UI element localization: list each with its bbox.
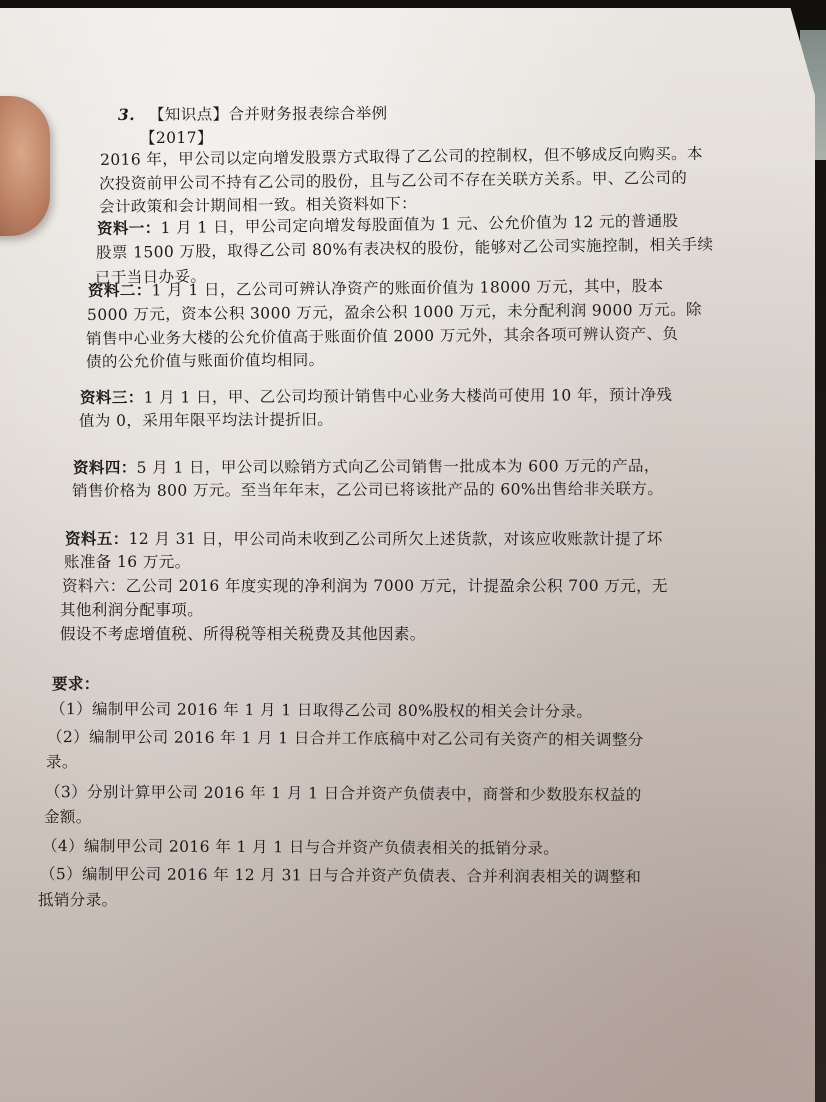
requirement-item: （4）编制甲公司 2016 年 1 月 1 日与合并资产负债表相关的抵销分录。 <box>42 834 559 859</box>
document-content: 3.【知识点】合并财务报表综合举例 【2017】 2016 年，甲公司以定向增发… <box>0 0 826 1102</box>
requirement-item: （2）编制甲公司 2016 年 1 月 1 日合并工作底稿中对乙公司有关资产的相… <box>47 725 644 750</box>
material-label: 资料四： <box>73 459 137 477</box>
material-label: 资料一： <box>97 219 161 238</box>
material-6-line: 资料六：乙公司 2016 年度实现的净利润为 7000 万元，计提盈余公积 70… <box>62 574 668 596</box>
material-label: 资料二： <box>88 281 152 300</box>
material-4-line: 资料四：5 月 1 日，甲公司以赊销方式向乙公司销售一批成本为 600 万元的产… <box>73 454 660 478</box>
thumb <box>0 96 50 236</box>
material-5-line: 资料五：12 月 31 日，甲公司尚未收到乙公司所欠上述货款，对该应收账款计提了… <box>65 527 663 549</box>
question-heading: 3.【知识点】合并财务报表综合举例 <box>118 102 388 125</box>
requirement-item: （3）分别计算甲公司 2016 年 1 月 1 日合并资产负债表中，商誉和少数股… <box>45 780 642 805</box>
intro-line: 次投资前甲公司不持有乙公司的股份，且与乙公司不存在关联方关系。甲、乙公司的 <box>99 166 688 194</box>
requirements-label: 要求： <box>52 672 100 694</box>
material-2-line: 债的公允价值与账面价值均相同。 <box>86 348 325 372</box>
material-label: 资料三： <box>80 389 144 407</box>
photo-background: 3.【知识点】合并财务报表综合举例 【2017】 2016 年，甲公司以定向增发… <box>0 0 826 1102</box>
requirement-item: （5）编制甲公司 2016 年 12 月 31 日与合并资产负债表、合并利润表相… <box>40 862 641 887</box>
assumption-text: 假设不考虑增值税、所得税等相关税费及其他因素。 <box>60 622 426 644</box>
material-2-line: 销售中心业务大楼的公允价值高于账面价值 2000 万元外，其余各项可辨认资产、负 <box>86 322 678 349</box>
material-2-line: 5000 万元，资本公积 3000 万元，盈余公积 1000 万元，未分配利润 … <box>87 298 702 325</box>
material-3-line: 资料三：1 月 1 日，甲、乙公司均预计销售中心业务大楼尚可使用 10 年，预计… <box>80 383 673 408</box>
material-5-line: 账准备 16 万元。 <box>64 550 191 572</box>
requirement-item: （1）编制甲公司 2016 年 1 月 1 日取得乙公司 80%股权的相关会计分… <box>50 697 592 722</box>
question-title: 【知识点】合并财务报表综合举例 <box>149 105 388 124</box>
material-label: 资料五： <box>65 530 129 548</box>
year-tag: 【2017】 <box>140 126 213 148</box>
material-4-line: 销售价格为 800 万元。至当年年末，乙公司已将该批产品的 60%出售给非关联方… <box>72 477 663 501</box>
material-2-line: 资料二：1 月 1 日，乙公司可辨认净资产的账面价值为 18000 万元，其中，… <box>88 274 664 301</box>
material-3-line: 值为 0，采用年限平均法计提折旧。 <box>79 408 333 431</box>
requirement-item-cont: 录。 <box>46 750 78 772</box>
requirement-item-cont: 金额。 <box>44 805 92 827</box>
material-label: 资料六： <box>62 577 126 595</box>
question-number: 3. <box>118 105 135 124</box>
requirement-item-cont: 抵销分录。 <box>38 888 118 910</box>
material-6-line: 其他利润分配事项。 <box>60 598 203 620</box>
